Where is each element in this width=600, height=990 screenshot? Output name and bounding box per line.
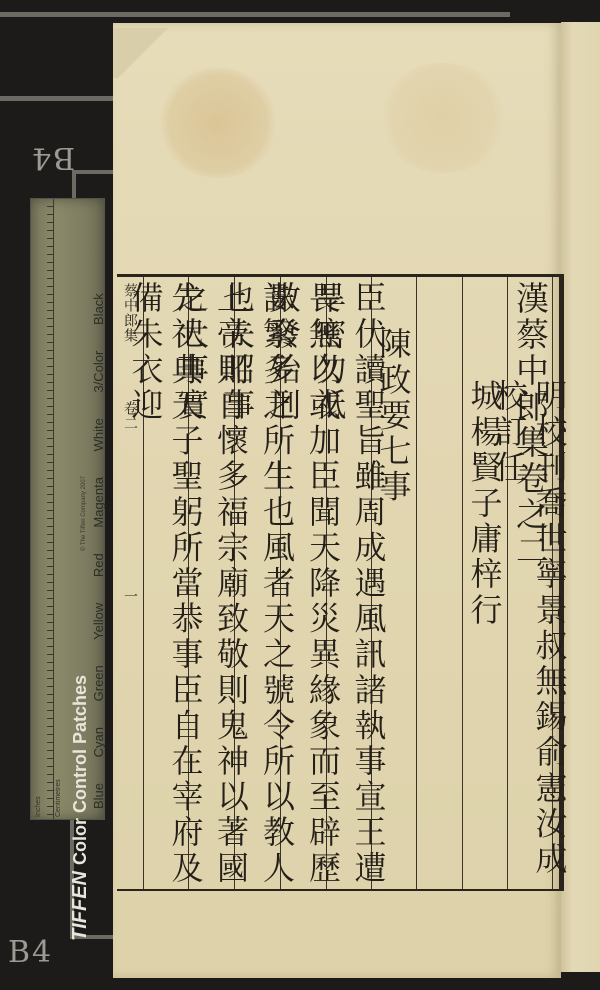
printed-text-block: 蔡中郎集 卷二 一 先祀典天子聖躬所當恭事臣自在宰府及備朱衣迎 上帝則自懷多福宗… [117, 274, 564, 891]
patch-label: 3/Color [91, 351, 106, 393]
color-control-bar: Inches Centimetres TIFFENColor Control P… [30, 198, 105, 820]
patch-label: Magenta [91, 477, 106, 528]
ruler-edge [31, 199, 54, 819]
essay-title: 陳政要七事 [374, 327, 414, 505]
color-bar-brand: TIFFENColor Control Patches [69, 675, 92, 941]
patch-label: Green [91, 665, 106, 701]
centimetres-label: Centimetres [55, 779, 62, 817]
product-name: Color Control Patches [70, 675, 90, 865]
essay-title-column: 陳政要七事 [371, 277, 417, 889]
volume-title-text: 漢蔡中郎集卷之二 [510, 281, 550, 569]
backdrop-frame-line [0, 12, 510, 17]
page-corner-fold [113, 28, 173, 78]
patch-label: Yellow [91, 603, 106, 640]
patch-label: Black [91, 293, 106, 325]
backdrop-frame-line [0, 96, 113, 101]
backdrop-frame-line [72, 170, 113, 174]
patch-label: Blue [91, 783, 106, 809]
volume-title: 漢蔡中郎集卷之二 [505, 277, 555, 577]
patch-label: Red [91, 553, 106, 577]
copyright-text: © The Tiffen Company 2007 [81, 476, 87, 551]
patch-label: White [91, 418, 106, 451]
backdrop-label-bottom: B4 [8, 935, 53, 970]
water-stain [378, 63, 508, 173]
text-column-1: 臣伏讀聖旨雖周成遇風訊諸執事宣王遭旱密勿祗 [326, 277, 372, 889]
inches-label: Inches [35, 796, 42, 817]
water-stain [158, 68, 278, 178]
backdrop-label-top: B4 [30, 140, 75, 175]
patch-labels: Blue Cyan Green Yellow Red Magenta White… [91, 293, 106, 809]
patch-label: Cyan [91, 727, 106, 757]
brand-name: TIFFEN [69, 871, 91, 941]
blank-column [416, 277, 463, 889]
